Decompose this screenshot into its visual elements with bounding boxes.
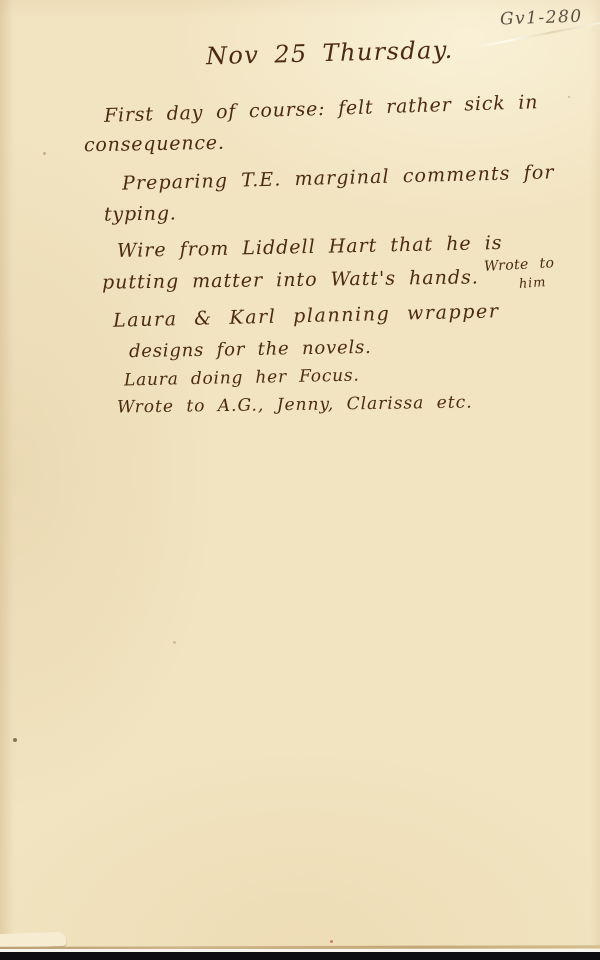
margin-note-line-2: him bbox=[519, 276, 547, 292]
entry-line-8: designs for the novels. bbox=[129, 338, 372, 362]
entry-heading: Nov 25 Thursday. bbox=[206, 37, 454, 70]
paper-speck bbox=[173, 641, 176, 644]
paper-speck bbox=[43, 152, 46, 155]
paper-speck bbox=[568, 96, 570, 98]
paper-speck bbox=[330, 940, 333, 943]
scanned-document: Gv1-280 Nov 25 Thursday. First day of co… bbox=[0, 0, 600, 960]
entry-line-3: Preparing T.E. marginal comments for bbox=[122, 162, 555, 194]
entry-line-7: Laura & Karl planning wrapper bbox=[113, 301, 500, 331]
entry-line-1: First day of course: felt rather sick in bbox=[104, 92, 539, 127]
entry-line-10: Wrote to A.G., Jenny, Clarissa etc. bbox=[117, 394, 473, 418]
entry-line-9: Laura doing her Focus. bbox=[124, 367, 360, 391]
margin-note-line-1: Wrote to bbox=[484, 256, 555, 275]
entry-line-2: consequence. bbox=[84, 133, 225, 156]
entry-line-5: Wire from Liddell Hart that he is bbox=[117, 233, 503, 262]
archive-reference: Gv1-280 bbox=[500, 7, 583, 30]
paper-speck bbox=[13, 738, 17, 742]
entry-line-6: putting matter into Watt's hands. bbox=[102, 267, 479, 293]
entry-line-4: typing. bbox=[104, 203, 177, 225]
paper-under-edge bbox=[0, 949, 600, 952]
manuscript-page: Gv1-280 Nov 25 Thursday. First day of co… bbox=[0, 0, 600, 949]
